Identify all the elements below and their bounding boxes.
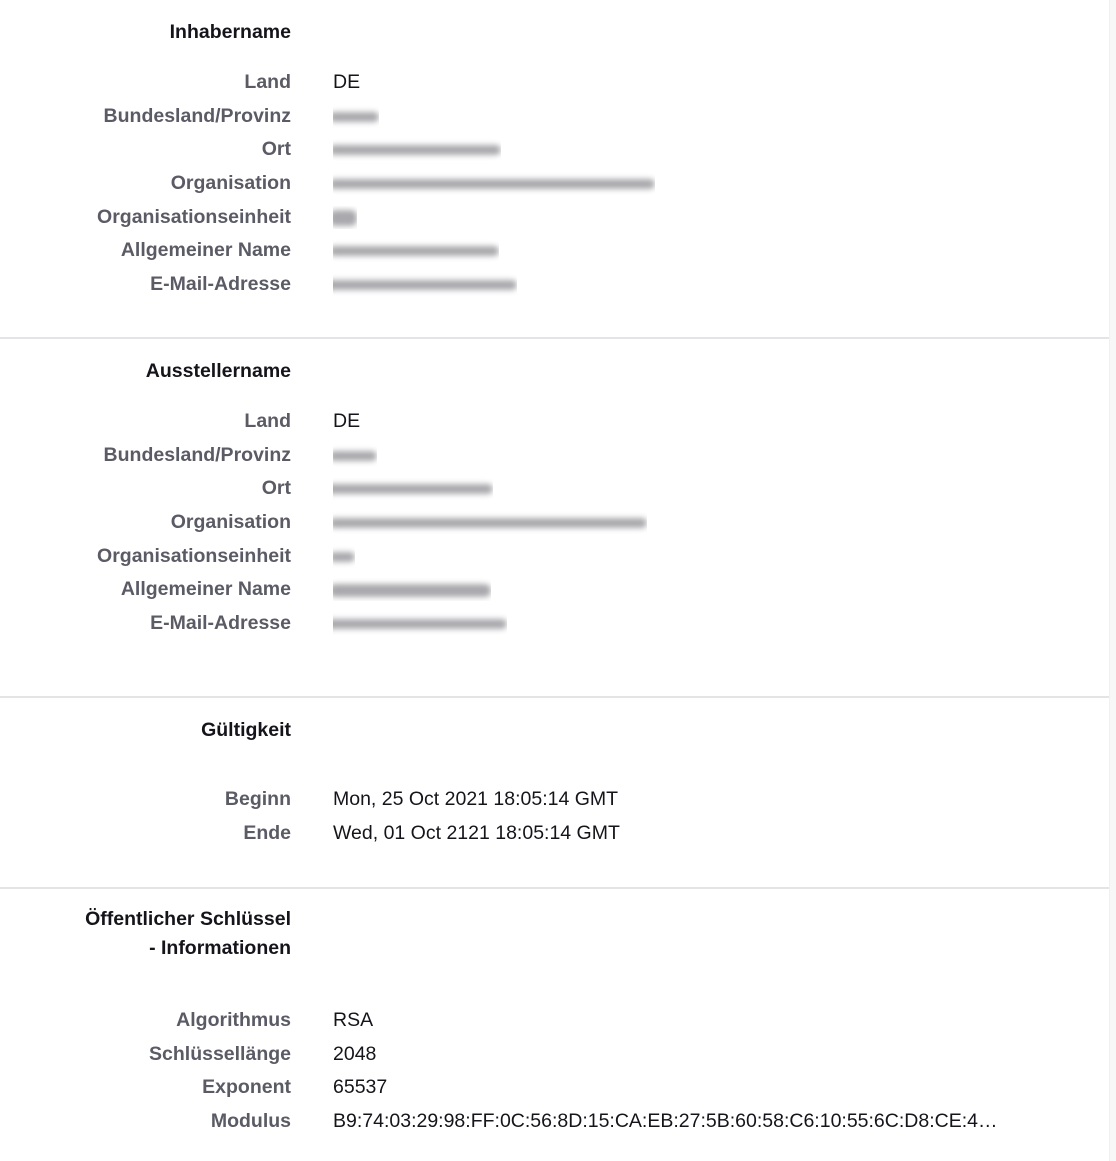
field-row: Modulus B9:74:03:29:98:FF:0C:56:8D:15:CA… [0,1105,1110,1139]
field-label: Organisation [0,172,291,195]
field-row: Algorithmus RSA [0,1004,1110,1038]
field-value[interactable]: Wed, 01 Oct 2121 18:05:14 GMT [333,822,620,845]
scrollbar-track[interactable] [1109,0,1116,1161]
field-row: Organisation [redacted] [0,167,1110,201]
redacted-value: [redacted] [333,145,501,155]
field-value[interactable]: Mon, 25 Oct 2021 18:05:14 GMT [333,788,618,811]
field-label: Ort [0,138,291,161]
field-row: E-Mail-Adresse [redacted] [0,607,1110,641]
field-row: E-Mail-Adresse [redacted] [0,268,1110,302]
section-heading: Inhabername [170,18,291,47]
redacted-value: [redacted] [333,280,517,290]
field-label: Allgemeiner Name [0,578,291,601]
field-row: Ort [redacted] [0,472,1110,506]
field-row: Exponent 65537 [0,1071,1110,1105]
redacted-value: [redacted] [333,584,491,597]
field-row: Allgemeiner Name [redacted] [0,573,1110,607]
section-heading-line1: Öffentlicher Schlüssel [85,905,291,934]
field-value[interactable]: RSA [333,1009,373,1032]
redacted-value: [redacted] [333,179,655,189]
public-key-info-section: Öffentlicher Schlüssel - Informationen A… [0,889,1110,1161]
field-row: Organisation [redacted] [0,506,1110,540]
certificate-details: Inhabername Land DE Bundesland/Provinz [… [0,0,1110,1161]
redacted-value: [redacted] [333,552,355,562]
field-label: Organisation [0,511,291,534]
field-label: E-Mail-Adresse [0,612,291,635]
section-heading-line2: - Informationen [85,934,291,963]
field-label: E-Mail-Adresse [0,273,291,296]
field-row: Schlüssellänge 2048 [0,1038,1110,1072]
redacted-value: [redacted] [333,484,493,494]
field-label: Allgemeiner Name [0,239,291,262]
subject-name-section: Inhabername Land DE Bundesland/Provinz [… [0,0,1110,339]
field-label: Schlüssellänge [0,1043,291,1066]
field-label: Organisationseinheit [0,545,291,568]
field-label: Algorithmus [0,1009,291,1032]
validity-section: Gültigkeit Beginn Mon, 25 Oct 2021 18:05… [0,698,1110,889]
field-row: Land DE [0,66,1110,100]
field-label: Land [0,410,291,433]
field-value[interactable]: DE [333,410,360,433]
field-value[interactable]: 65537 [333,1076,387,1099]
field-row: Organisationseinheit [redacted] [0,539,1110,573]
field-row: Beginn Mon, 25 Oct 2021 18:05:14 GMT [0,783,1110,817]
field-label: Ende [0,822,291,845]
section-heading: Ausstellername [146,357,291,386]
field-label: Exponent [0,1076,291,1099]
field-label: Beginn [0,788,291,811]
section-heading: Gültigkeit [201,716,291,745]
issuer-name-section: Ausstellername Land DE Bundesland/Provin… [0,339,1110,698]
field-label: Bundesland/Provinz [0,444,291,467]
modulus-value[interactable]: B9:74:03:29:98:FF:0C:56:8D:15:CA:EB:27:5… [333,1110,997,1133]
redacted-value: [redacted] [333,451,377,461]
redacted-value: [redacted] [333,619,507,629]
field-row: Ort [redacted] [0,133,1110,167]
field-row: Ende Wed, 01 Oct 2121 18:05:14 GMT [0,817,1110,851]
section-heading: Öffentlicher Schlüssel - Informationen [85,905,291,963]
field-value[interactable]: DE [333,71,360,94]
redacted-value: [redacted] [333,518,647,528]
field-row: Allgemeiner Name [redacted] [0,234,1110,268]
field-label: Land [0,71,291,94]
redacted-value: [redacted] [333,112,379,122]
field-row: Land DE [0,405,1110,439]
redacted-value: [redacted] [333,246,499,256]
field-label: Modulus [0,1110,291,1133]
field-row: Bundesland/Provinz [redacted] [0,100,1110,134]
redacted-value: [redacted] [333,210,357,226]
field-row: Bundesland/Provinz [redacted] [0,439,1110,473]
field-row: Organisationseinheit [redacted] [0,200,1110,234]
field-label: Ort [0,477,291,500]
field-label: Organisationseinheit [0,206,291,229]
field-value[interactable]: 2048 [333,1043,376,1066]
field-label: Bundesland/Provinz [0,105,291,128]
